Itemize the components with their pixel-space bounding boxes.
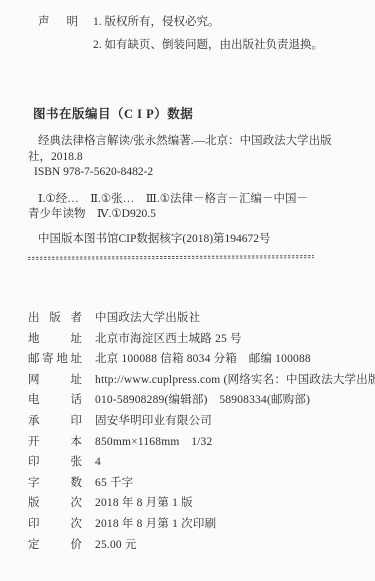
declaration-item: 1. 版权所有，侵权必究。 <box>93 11 323 34</box>
colophon-row-value: 中国政法大学出版社 <box>95 309 200 325</box>
colophon-row-label: 印次 <box>28 515 82 531</box>
colophon-row-label: 电话 <box>28 391 82 407</box>
colophon-row-label: 版次 <box>28 494 82 510</box>
colophon-row-value: 固安华明印业有限公司 <box>95 412 212 428</box>
cip-entry: 经典法律格言解读/张永然编著.—北京：中国政法大学出版 社，2018.8 ISB… <box>28 134 367 181</box>
colophon-section: 出版者 中国政法大学出版社 地址 北京市海淀区西土城路 25 号 邮寄地址 北京… <box>28 309 375 556</box>
declaration-section: 声明 1. 版权所有，侵权必究。 2. 如有缺页、倒装问题，由出版社负责退换。 <box>0 0 375 57</box>
cip-heading: 图书在版编目（C I P）数据 <box>33 104 375 122</box>
cip-section: 图书在版编目（C I P）数据 经典法律格言解读/张永然编著.—北京：中国政法大… <box>0 104 375 247</box>
colophon-row-value: 北京 100088 信箱 8034 分箱 邮编 100088 <box>95 350 311 366</box>
colophon-row: 网址 http://www.cuplpress.com (网络实名：中国政法大学… <box>28 371 375 392</box>
colophon-row-value: 65 千字 <box>95 474 133 490</box>
colophon-row-label: 定价 <box>28 536 82 552</box>
colophon-row-label: 承印 <box>28 412 82 428</box>
colophon-row-value: 010-58908289(编辑部) 58908334(邮购部) <box>95 391 310 407</box>
declaration-item: 2. 如有缺页、倒装问题，由出版社负责退换。 <box>93 34 323 57</box>
colophon-row-label: 地址 <box>28 330 82 346</box>
colophon-row-value: 2018 年 8 月第 1 版 <box>95 494 193 510</box>
colophon-row: 版次 2018 年 8 月第 1 版 <box>28 494 375 515</box>
colophon-row: 定价 25.00 元 <box>28 536 375 557</box>
colophon-row-label: 邮寄地址 <box>28 350 82 366</box>
declaration-label: 声明 <box>38 11 78 57</box>
cip-record-number: 中国版本图书馆CIP数据核字(2018)第194672号 <box>38 232 375 248</box>
colophon-row-value: 北京市海淀区西土城路 25 号 <box>95 330 242 346</box>
colophon-row-value publisher-url: http://www.cuplpress.com (网络实名：中国政法大学出版社… <box>95 371 375 387</box>
colophon-row-label: 开本 <box>28 433 82 449</box>
colophon-row-value: 2018 年 8 月第 1 次印刷 <box>95 515 216 531</box>
cip-entry-line: 经典法律格言解读/张永然编著.—北京：中国政法大学出版 <box>28 134 367 150</box>
colophon-row: 承印 固安华明印业有限公司 <box>28 412 375 433</box>
colophon-row-label: 字数 <box>28 474 82 490</box>
colophon-row-label: 网址 <box>28 371 82 387</box>
colophon-row: 地址 北京市海淀区西土城路 25 号 <box>28 330 375 351</box>
colophon-row: 字数 65 千字 <box>28 474 375 495</box>
colophon-row: 印次 2018 年 8 月第 1 次印刷 <box>28 515 375 536</box>
cip-classification-line: Ⅰ.①经… Ⅱ.①张… Ⅲ.①法律－格言－汇编－中国－ <box>28 192 367 208</box>
cip-classification-line: 青少年读物 Ⅳ.①D920.5 <box>28 207 367 223</box>
colophon-row: 开本 850mm×1168mm 1/32 <box>28 433 375 454</box>
colophon-row: 出版者 中国政法大学出版社 <box>28 309 375 330</box>
colophon-row: 邮寄地址 北京 100088 信箱 8034 分箱 邮编 100088 <box>28 350 375 371</box>
colophon-row: 印张 4 <box>28 453 375 474</box>
dashed-divider <box>28 255 314 260</box>
colophon-row-label: 出版者 <box>28 309 82 325</box>
colophon-row-value: 25.00 元 <box>95 536 137 552</box>
copyright-page: 声明 1. 版权所有，侵权必究。 2. 如有缺页、倒装问题，由出版社负责退换。 … <box>0 0 375 581</box>
cip-classification: Ⅰ.①经… Ⅱ.①张… Ⅲ.①法律－格言－汇编－中国－ 青少年读物 Ⅳ.①D92… <box>28 192 367 223</box>
colophon-row: 电话 010-58908289(编辑部) 58908334(邮购部) <box>28 391 375 412</box>
colophon-row-value: 4 <box>95 456 101 468</box>
cip-entry-line: 社，2018.8 <box>28 150 367 166</box>
declaration-items: 1. 版权所有，侵权必究。 2. 如有缺页、倒装问题，由出版社负责退换。 <box>93 11 323 57</box>
colophon-row-label: 印张 <box>28 453 82 469</box>
cip-isbn: ISBN 978-7-5620-8482-2 <box>28 165 367 181</box>
colophon-row-value: 850mm×1168mm 1/32 <box>95 433 212 449</box>
